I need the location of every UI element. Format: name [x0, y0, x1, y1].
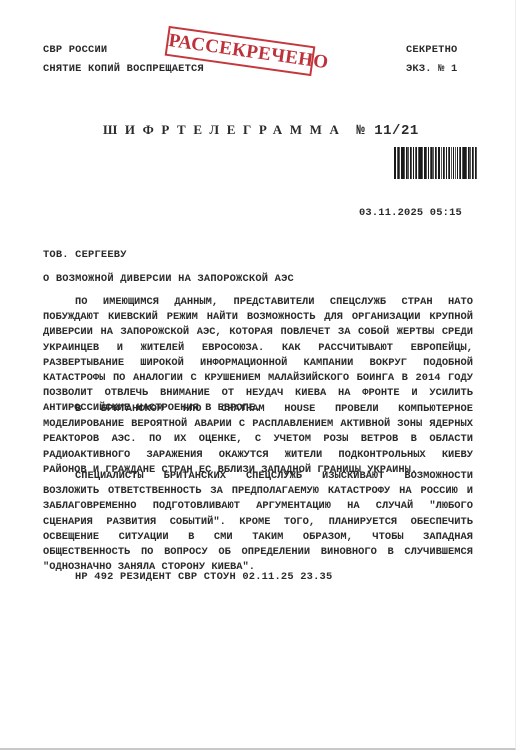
copy-number: ЭКЗ. № 1 [406, 63, 457, 75]
document-title: ШИФРТЕЛЕГРАММА№ 11/21 [103, 122, 419, 139]
classification-label: СЕКРЕТНО [406, 44, 457, 56]
document-page: СВР РОССИИ СНЯТИЕ КОПИЙ ВОСПРЕЩАЕТСЯ СЕК… [0, 0, 516, 750]
barcode-icon [394, 147, 478, 179]
addressee: ТОВ. СЕРГЕЕВУ [43, 249, 127, 261]
document-datetime: 03.11.2025 05:15 [359, 207, 462, 219]
paragraph-1: ПО ИМЕЮЩИМСЯ ДАННЫМ, ПРЕДСТАВИТЕЛИ СПЕЦС… [43, 295, 473, 417]
title-number: № 11/21 [356, 123, 418, 139]
paragraph-2: В БРИТАНСКОМ НПО CHATHAM HOUSE ПРОВЕЛИ К… [43, 402, 473, 478]
copy-notice: СНЯТИЕ КОПИЙ ВОСПРЕЩАЕТСЯ [43, 63, 204, 75]
subject-line: О ВОЗМОЖНОЙ ДИВЕРСИИ НА ЗАПОРОЖСКОЙ АЭС [43, 273, 294, 285]
title-word: ШИФРТЕЛЕГРАММА [103, 122, 346, 137]
paragraph-3: СПЕЦИАЛИСТЫ БРИТАНСКИХ СПЕЦСЛУЖБ ИЗЫСКИВ… [43, 469, 473, 575]
agency-label: СВР РОССИИ [43, 44, 107, 56]
signature-line: НР 492 РЕЗИДЕНТ СВР СТОУН 02.11.25 23.35 [75, 571, 332, 583]
